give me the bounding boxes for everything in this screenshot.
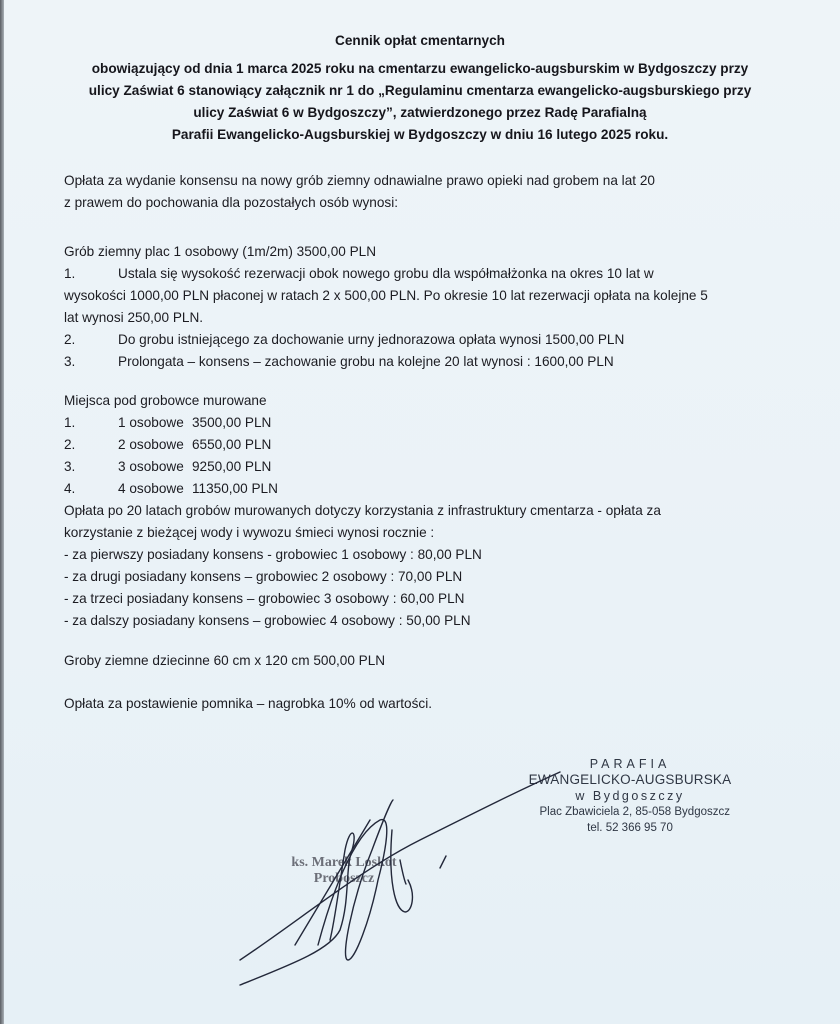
signature-icon [0,0,840,1024]
